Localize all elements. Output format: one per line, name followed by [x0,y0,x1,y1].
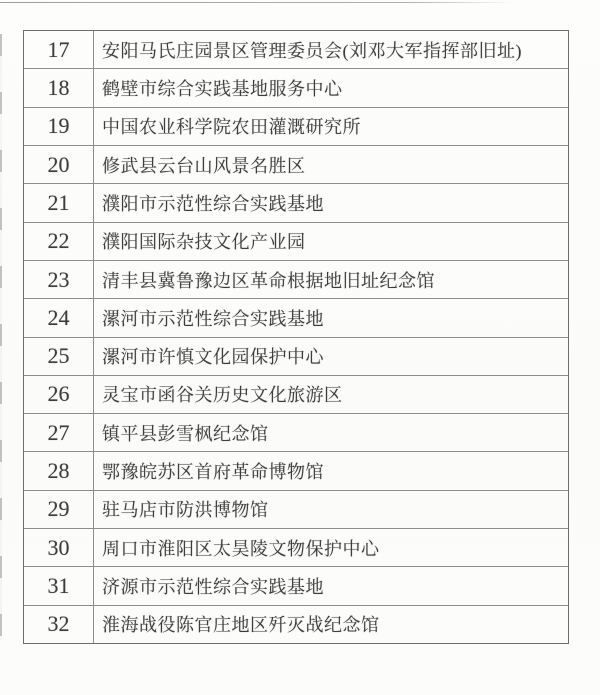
row-name: 驻马店市防洪博物馆 [102,496,269,522]
row-number-cell: 31 [24,567,94,604]
table-row: 19 中国农业科学院农田灌溉研究所 [24,108,568,146]
row-number-cell: 22 [24,223,94,260]
row-number-cell: 30 [24,529,94,566]
table-row: 22 濮阳国际杂技文化产业园 [24,223,568,261]
row-name: 安阳马氏庄园景区管理委员会(刘邓大军指挥部旧址) [102,37,522,63]
row-name-cell: 鹤壁市综合实践基地服务中心 [94,69,568,106]
table-row: 28 鄂豫皖苏区首府革命博物馆 [24,452,568,490]
row-number: 21 [48,190,70,216]
row-name-cell: 周口市淮阳区太昊陵文物保护中心 [94,529,568,566]
table-row: 17 安阳马氏庄园景区管理委员会(刘邓大军指挥部旧址) [24,31,568,69]
row-number-cell: 29 [24,491,94,528]
row-number-cell: 23 [24,261,94,298]
table-row: 32 淮海战役陈官庄地区歼灭战纪念馆 [24,606,568,643]
table-row: 21 濮阳市示范性综合实践基地 [24,184,568,222]
row-number: 20 [48,152,70,178]
row-number: 30 [48,535,70,561]
row-name-cell: 濮阳市示范性综合实践基地 [94,184,568,221]
row-number: 28 [48,458,70,484]
row-number: 18 [48,75,70,101]
row-number: 25 [48,343,70,369]
row-number-cell: 20 [24,146,94,183]
row-number-cell: 26 [24,376,94,413]
table-row: 29 驻马店市防洪博物馆 [24,491,568,529]
table-row: 20 修武县云台山风景名胜区 [24,146,568,184]
row-name: 济源市示范性综合实践基地 [102,573,324,599]
row-name: 濮阳国际杂技文化产业园 [102,228,306,254]
row-number: 29 [48,496,70,522]
row-number: 31 [48,573,70,599]
row-name-cell: 济源市示范性综合实践基地 [94,567,568,604]
row-number-cell: 19 [24,108,94,145]
row-name: 修武县云台山风景名胜区 [102,152,306,178]
table-row: 18 鹤壁市综合实践基地服务中心 [24,69,568,107]
table-row: 27 镇平县彭雪枫纪念馆 [24,414,568,452]
row-name: 鄂豫皖苏区首府革命博物馆 [102,458,324,484]
row-name-cell: 漯河市示范性综合实践基地 [94,299,568,336]
row-number: 27 [48,420,70,446]
row-number: 22 [48,228,70,254]
row-name-cell: 鄂豫皖苏区首府革命博物馆 [94,452,568,489]
row-name-cell: 驻马店市防洪博物馆 [94,491,568,528]
row-name-cell: 清丰县冀鲁豫边区革命根据地旧址纪念馆 [94,261,568,298]
row-number: 32 [48,611,70,637]
row-name-cell: 安阳马氏庄园景区管理委员会(刘邓大军指挥部旧址) [94,31,568,68]
row-number: 23 [48,267,70,293]
row-number: 19 [48,113,70,139]
row-name: 清丰县冀鲁豫边区革命根据地旧址纪念馆 [102,267,435,293]
row-number-cell: 24 [24,299,94,336]
table-row: 30 周口市淮阳区太昊陵文物保护中心 [24,529,568,567]
row-number: 17 [48,37,70,63]
row-name-cell: 灵宝市函谷关历史文化旅游区 [94,376,568,413]
row-name-cell: 镇平县彭雪枫纪念馆 [94,414,568,451]
row-name: 周口市淮阳区太昊陵文物保护中心 [102,535,380,561]
document-photo: 17 安阳马氏庄园景区管理委员会(刘邓大军指挥部旧址) 18 鹤壁市综合实践基地… [0,0,600,695]
table-row: 31 济源市示范性综合实践基地 [24,567,568,605]
row-name: 鹤壁市综合实践基地服务中心 [102,75,343,101]
row-number-cell: 27 [24,414,94,451]
row-name: 漯河市许慎文化园保护中心 [102,343,324,369]
row-number-cell: 28 [24,452,94,489]
row-name: 淮海战役陈官庄地区歼灭战纪念馆 [102,611,380,637]
row-name: 濮阳市示范性综合实践基地 [102,190,324,216]
row-number-cell: 25 [24,338,94,375]
row-number: 26 [48,381,70,407]
row-number-cell: 18 [24,69,94,106]
table-row: 23 清丰县冀鲁豫边区革命根据地旧址纪念馆 [24,261,568,299]
page-left-edge-artifact [0,34,2,640]
row-number: 24 [48,305,70,331]
sites-table: 17 安阳马氏庄园景区管理委员会(刘邓大军指挥部旧址) 18 鹤壁市综合实践基地… [23,30,569,644]
table-row: 26 灵宝市函谷关历史文化旅游区 [24,376,568,414]
row-name-cell: 淮海战役陈官庄地区歼灭战纪念馆 [94,606,568,643]
row-number-cell: 32 [24,606,94,643]
row-name: 漯河市示范性综合实践基地 [102,305,324,331]
row-number-cell: 17 [24,31,94,68]
cropped-row-edge-line [0,2,513,3]
table-row: 24 漯河市示范性综合实践基地 [24,299,568,337]
row-number-cell: 21 [24,184,94,221]
row-name: 镇平县彭雪枫纪念馆 [102,420,269,446]
row-name-cell: 修武县云台山风景名胜区 [94,146,568,183]
row-name: 灵宝市函谷关历史文化旅游区 [102,381,343,407]
row-name-cell: 漯河市许慎文化园保护中心 [94,338,568,375]
row-name: 中国农业科学院农田灌溉研究所 [102,113,361,139]
row-name-cell: 中国农业科学院农田灌溉研究所 [94,108,568,145]
table-row: 25 漯河市许慎文化园保护中心 [24,338,568,376]
row-name-cell: 濮阳国际杂技文化产业园 [94,223,568,260]
